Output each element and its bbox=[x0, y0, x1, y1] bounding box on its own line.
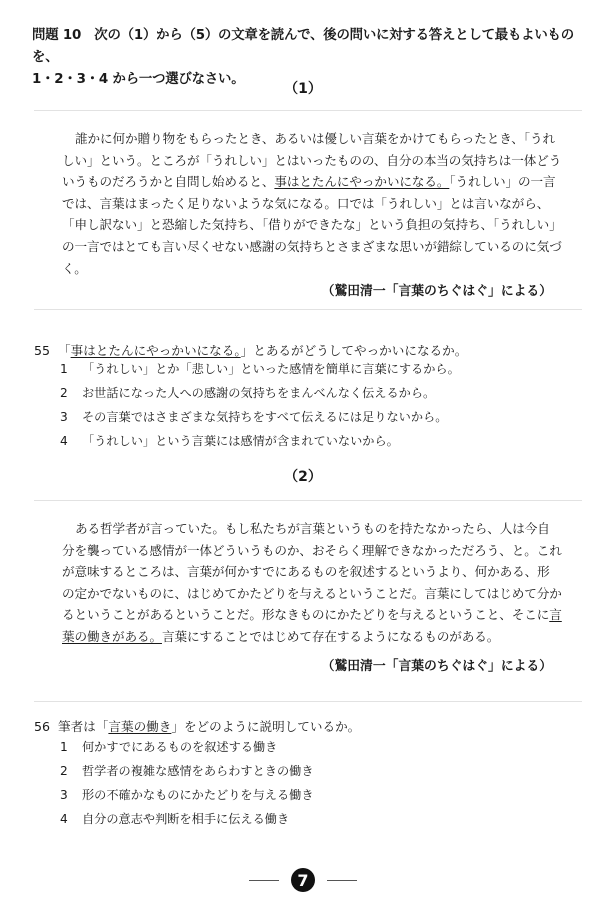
section-1-heading: （1） bbox=[0, 78, 606, 98]
underlined-phrase: 言葉の働き bbox=[108, 719, 171, 734]
question-56-options: 1何かすでにあるものを叙述する働き 2哲学者の複雑な感情をあらわすときの働き 3… bbox=[60, 735, 314, 831]
option-2[interactable]: 2哲学者の複雑な感情をあらわすときの働き bbox=[60, 759, 314, 783]
option-1[interactable]: 1何かすでにあるものを叙述する働き bbox=[60, 735, 314, 759]
passage-1-text: 誰かに何か贈り物をもらったとき、あるいは優しい言葉をかけてもらったとき、「うれし… bbox=[62, 128, 562, 279]
option-3[interactable]: 3その言葉ではさまざまな気持ちをすべて伝えるには足りないから。 bbox=[60, 405, 460, 429]
underlined-phrase: 事はとたんにやっかいになる。 bbox=[71, 343, 241, 358]
option-1[interactable]: 1「うれしい」とか「悲しい」といった感情を簡単に言葉にするから。 bbox=[60, 357, 460, 381]
question-55-options: 1「うれしい」とか「悲しい」といった感情を簡単に言葉にするから。 2お世話になっ… bbox=[60, 357, 460, 453]
passage-2-source: （鷲田清一「言葉のちぐはぐ」による） bbox=[322, 655, 552, 674]
option-4[interactable]: 4「うれしい」という言葉には感情が含まれていないから。 bbox=[60, 429, 460, 453]
page-footer: 7 bbox=[0, 868, 606, 892]
passage-2-text: ある哲学者が言っていた。もし私たちが言葉というものを持たなかったら、人は今自分を… bbox=[62, 518, 562, 648]
instructions-line1: 問題 10 次の（1）から（5）の文章を読んで、後の問いに対する答えとして最もよ… bbox=[32, 25, 592, 69]
question-number: 55 bbox=[34, 341, 54, 361]
page-number-badge: 7 bbox=[291, 868, 315, 892]
question-56: 56 筆者は「言葉の働き」をどのように説明しているか。 bbox=[34, 717, 360, 737]
section-2-heading: （2） bbox=[0, 466, 606, 486]
option-4[interactable]: 4自分の意志や判断を相手に伝える働き bbox=[60, 807, 314, 831]
underlined-phrase: 事はとたんにやっかいになる。 bbox=[274, 174, 449, 189]
option-3[interactable]: 3形の不確かなものにかたどりを与える働き bbox=[60, 783, 314, 807]
divider bbox=[327, 880, 357, 881]
divider bbox=[249, 880, 279, 881]
question-number: 56 bbox=[34, 717, 54, 737]
passage-1-source: （鷲田清一「言葉のちぐはぐ」による） bbox=[322, 280, 552, 299]
option-2[interactable]: 2お世話になった人への感謝の気持ちをまんべんなく伝えるから。 bbox=[60, 381, 460, 405]
